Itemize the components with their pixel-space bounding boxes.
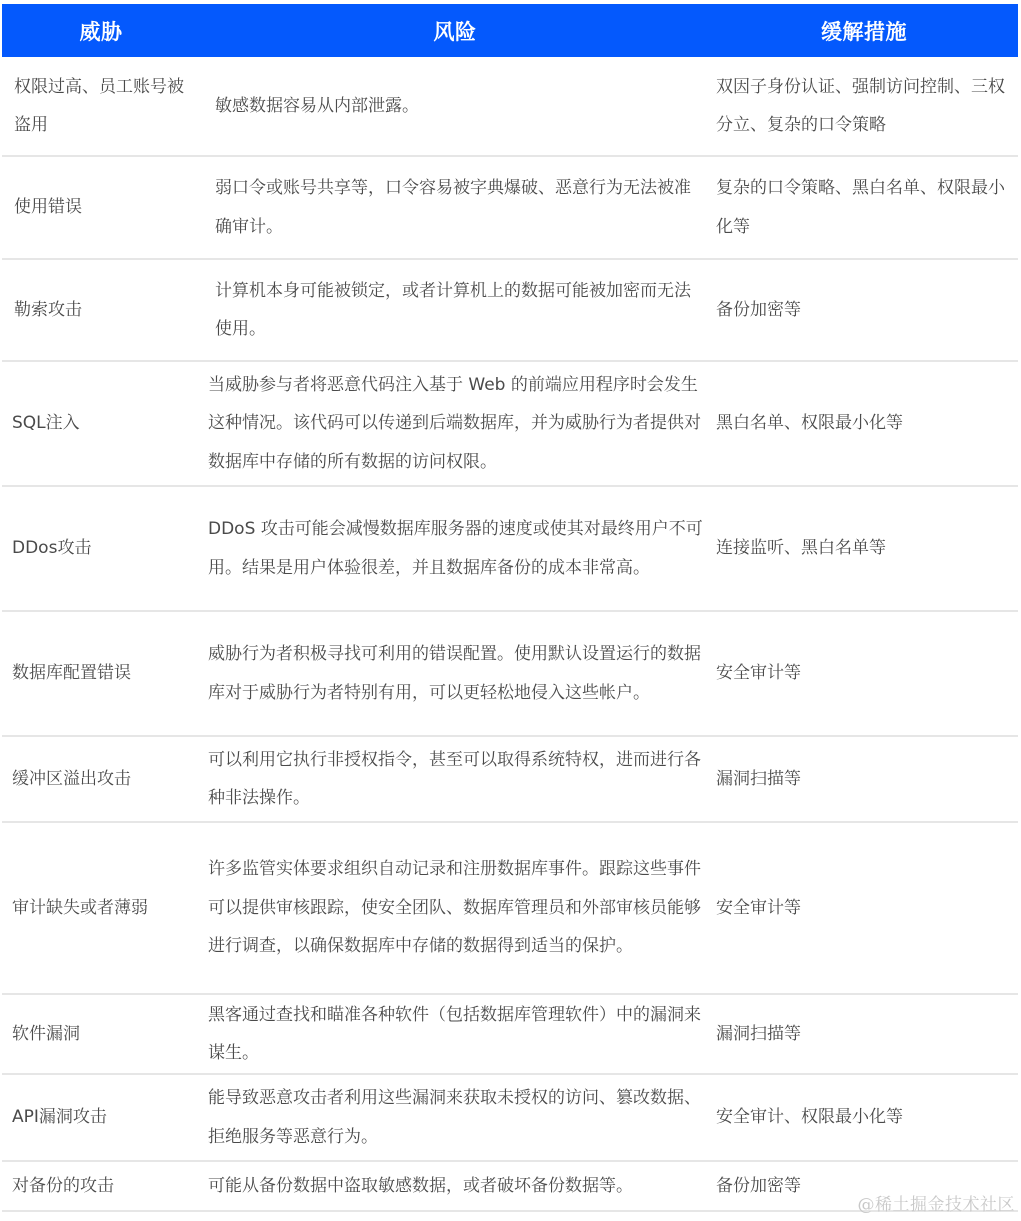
risk-cell: DDoS 攻击可能会减慢数据库服务器的速度或使其对最终用户不可用。结果是用户体验…	[200, 510, 710, 587]
threat-cell: 勒索攻击	[2, 291, 200, 330]
threat-cell: SQL注入	[2, 404, 200, 443]
threat-cell: 审计缺失或者薄弱	[2, 889, 200, 928]
risk-cell: 许多监管实体要求组织自动记录和注册数据库事件。跟踪这些事件可以提供审核跟踪，使安…	[200, 850, 710, 966]
risk-cell: 能导致恶意攻击者利用这些漏洞来获取未授权的访问、篡改数据、拒绝服务等恶意行为。	[200, 1079, 710, 1156]
table-header: 威胁 风险 缓解措施	[2, 4, 1018, 57]
threat-risk-table: 威胁 风险 缓解措施 权限过高、员工账号被盗用 敏感数据容易从内部泄露。 双因子…	[2, 4, 1018, 1212]
threat-cell: API漏洞攻击	[2, 1098, 200, 1137]
risk-cell: 计算机本身可能被锁定，或者计算机上的数据可能被加密而无法使用。	[200, 272, 710, 349]
threat-cell: 对备份的攻击	[2, 1167, 200, 1206]
table-row: 缓冲区溢出攻击 可以利用它执行非授权指令，甚至可以取得系统特权，进而进行各种非法…	[2, 737, 1018, 823]
risk-cell: 威胁行为者积极寻找可利用的错误配置。使用默认设置运行的数据库对于威胁行为者特别有…	[200, 635, 710, 712]
table-row: DDos攻击 DDoS 攻击可能会减慢数据库服务器的速度或使其对最终用户不可用。…	[2, 487, 1018, 612]
watermark: @稀土掘金技术社区	[858, 1190, 1016, 1215]
header-threat: 威胁	[2, 16, 200, 46]
mitigation-cell: 漏洞扫描等	[710, 1015, 1018, 1054]
threat-cell: 软件漏洞	[2, 1015, 200, 1054]
header-risk: 风险	[200, 16, 710, 46]
threat-cell: 使用错误	[2, 188, 200, 227]
risk-cell: 敏感数据容易从内部泄露。	[200, 87, 710, 126]
table-row: 软件漏洞 黑客通过查找和瞄准各种软件（包括数据库管理软件）中的漏洞来谋生。 漏洞…	[2, 995, 1018, 1075]
risk-cell: 当威胁参与者将恶意代码注入基于 Web 的前端应用程序时会发生这种情况。该代码可…	[200, 366, 710, 482]
table-row: 勒索攻击 计算机本身可能被锁定，或者计算机上的数据可能被加密而无法使用。 备份加…	[2, 260, 1018, 362]
table-row: API漏洞攻击 能导致恶意攻击者利用这些漏洞来获取未授权的访问、篡改数据、拒绝服…	[2, 1075, 1018, 1162]
mitigation-cell: 黑白名单、权限最小化等	[710, 404, 1018, 443]
risk-cell: 弱口令或账号共享等，口令容易被字典爆破、恶意行为无法被准确审计。	[200, 169, 710, 246]
mitigation-cell: 安全审计等	[710, 889, 1018, 928]
mitigation-cell: 漏洞扫描等	[710, 760, 1018, 799]
risk-cell: 黑客通过查找和瞄准各种软件（包括数据库管理软件）中的漏洞来谋生。	[200, 996, 710, 1073]
threat-cell: 缓冲区溢出攻击	[2, 760, 200, 799]
table-row: SQL注入 当威胁参与者将恶意代码注入基于 Web 的前端应用程序时会发生这种情…	[2, 362, 1018, 487]
threat-cell: 权限过高、员工账号被盗用	[2, 68, 200, 145]
mitigation-cell: 安全审计、权限最小化等	[710, 1098, 1018, 1137]
table-row: 审计缺失或者薄弱 许多监管实体要求组织自动记录和注册数据库事件。跟踪这些事件可以…	[2, 823, 1018, 995]
table-row: 权限过高、员工账号被盗用 敏感数据容易从内部泄露。 双因子身份认证、强制访问控制…	[2, 57, 1018, 157]
threat-cell: 数据库配置错误	[2, 654, 200, 693]
mitigation-cell: 复杂的口令策略、黑白名单、权限最小化等	[710, 169, 1018, 246]
mitigation-cell: 双因子身份认证、强制访问控制、三权分立、复杂的口令策略	[710, 68, 1018, 145]
header-mitigation: 缓解措施	[710, 16, 1018, 46]
risk-cell: 可能从备份数据中盗取敏感数据，或者破坏备份数据等。	[200, 1167, 710, 1206]
risk-cell: 可以利用它执行非授权指令，甚至可以取得系统特权，进而进行各种非法操作。	[200, 741, 710, 818]
mitigation-cell: 备份加密等	[710, 291, 1018, 330]
table-row: 使用错误 弱口令或账号共享等，口令容易被字典爆破、恶意行为无法被准确审计。 复杂…	[2, 157, 1018, 260]
table-row: 数据库配置错误 威胁行为者积极寻找可利用的错误配置。使用默认设置运行的数据库对于…	[2, 612, 1018, 737]
mitigation-cell: 连接监听、黑白名单等	[710, 529, 1018, 568]
mitigation-cell: 安全审计等	[710, 654, 1018, 693]
threat-cell: DDos攻击	[2, 529, 200, 568]
